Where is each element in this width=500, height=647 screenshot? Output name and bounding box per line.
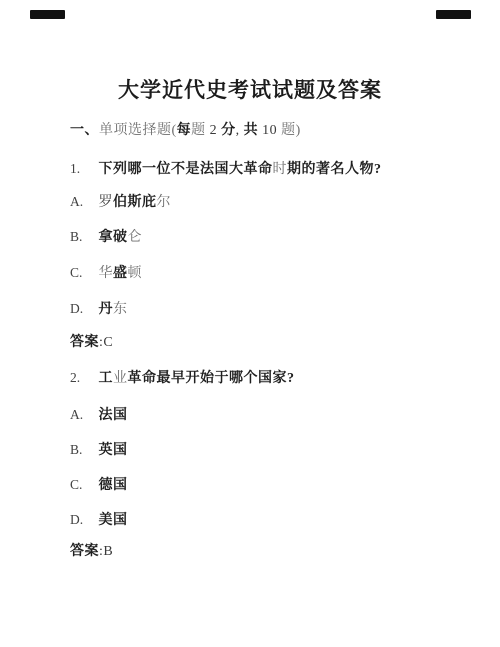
- option-text: 英国: [99, 443, 128, 458]
- question-2-option-b: B. 英国: [0, 442, 500, 459]
- option-letter: A.: [70, 194, 95, 210]
- section-heading: 一、单项选择题(每题 2 分, 共 10 题): [0, 123, 500, 139]
- question-1-option-c: C. 华盛顿: [0, 265, 500, 282]
- option-letter: C.: [70, 265, 95, 281]
- option-text: 罗伯斯庇尔: [99, 195, 172, 210]
- scan-mark-right: [436, 10, 471, 19]
- question-1-number: 1.: [70, 161, 95, 177]
- question-2: 2. 工业革命最早开始于哪个国家?: [0, 370, 500, 387]
- option-text: 美国: [99, 513, 128, 528]
- scan-mark-left: [30, 10, 65, 19]
- answer-text: 答案:C: [70, 335, 113, 350]
- question-1: 1. 下列哪一位不是法国大革命时期的著名人物?: [0, 161, 500, 178]
- option-letter: B.: [70, 229, 95, 245]
- option-text: 华盛顿: [99, 266, 143, 281]
- option-text: 拿破仑: [99, 230, 143, 245]
- option-text: 法国: [99, 408, 128, 423]
- option-letter: A.: [70, 407, 95, 423]
- section-heading-text: 一、单项选择题(每题 2 分, 共 10 题): [70, 123, 301, 138]
- answer-text: 答案:B: [70, 544, 113, 559]
- question-2-answer: 答案:B: [0, 544, 500, 560]
- question-1-text: 下列哪一位不是法国大革命时期的著名人物?: [99, 162, 382, 177]
- option-letter: C.: [70, 477, 95, 493]
- question-2-number: 2.: [70, 370, 95, 386]
- option-letter: B.: [70, 442, 95, 458]
- question-2-option-a: A. 法国: [0, 407, 500, 424]
- question-2-option-d: D. 美国: [0, 512, 500, 529]
- option-letter: D.: [70, 301, 95, 317]
- page-title: 大学近代史考试试题及答案: [0, 74, 500, 104]
- option-text: 丹东: [99, 302, 128, 317]
- question-1-option-d: D. 丹东: [0, 301, 500, 318]
- exam-document-page: 大学近代史考试试题及答案 一、单项选择题(每题 2 分, 共 10 题) 1. …: [0, 0, 500, 647]
- question-2-option-c: C. 德国: [0, 477, 500, 494]
- question-1-answer: 答案:C: [0, 335, 500, 351]
- question-2-text: 工业革命最早开始于哪个国家?: [99, 371, 295, 386]
- question-1-option-b: B. 拿破仑: [0, 229, 500, 246]
- option-text: 德国: [99, 478, 128, 493]
- question-1-option-a: A. 罗伯斯庇尔: [0, 194, 500, 211]
- option-letter: D.: [70, 512, 95, 528]
